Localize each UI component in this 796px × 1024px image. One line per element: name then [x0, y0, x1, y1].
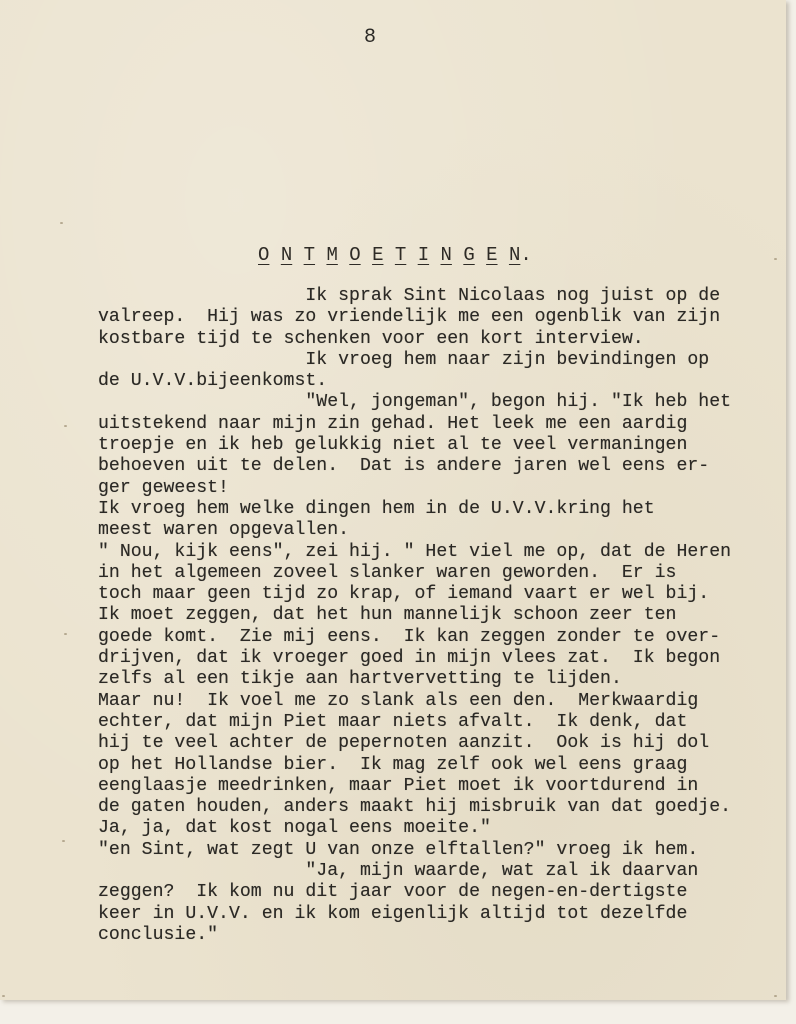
title-letter: I [418, 244, 429, 266]
text-line: in het algemeen zoveel slanker waren gew… [98, 563, 796, 584]
title-letter: N [441, 244, 452, 266]
text-line: Ik vroeg hem naar zijn bevindingen op [98, 350, 796, 371]
title-letter: O [258, 244, 269, 266]
text-line: echter, dat mijn Piet maar niets afvalt.… [98, 712, 796, 733]
text-line: zeggen? Ik kom nu dit jaar voor de negen… [98, 882, 796, 903]
paper-speck [2, 995, 5, 997]
title-letter: G [463, 244, 474, 266]
text-line: ger geweest! [98, 478, 796, 499]
text-line: uitstekend naar mijn zin gehad. Het leek… [98, 414, 796, 435]
text-line: hij te veel achter de pepernoten aanzit.… [98, 733, 796, 754]
text-line: " Nou, kijk eens", zei hij. " Het viel m… [98, 542, 796, 563]
paper-speck [64, 633, 67, 635]
paper-speck [774, 258, 777, 260]
title-letter: M [326, 244, 337, 266]
text-line: de U.V.V.bijeenkomst. [98, 371, 796, 392]
text-line: zelfs al een tikje aan hartvervetting te… [98, 669, 796, 690]
text-line: Maar nu! Ik voel me zo slank als een den… [98, 691, 796, 712]
text-line: "en Sint, wat zegt U van onze elftallen?… [98, 840, 796, 861]
title-letter: T [304, 244, 315, 266]
title-letter: . [520, 244, 531, 266]
text-line: "Ja, mijn waarde, wat zal ik daarvan [98, 861, 796, 882]
title-letter: N [281, 244, 292, 266]
text-line: goede komt. Zie mij eens. Ik kan zeggen … [98, 627, 796, 648]
paper-speck [62, 840, 65, 842]
page-number: 8 [364, 26, 376, 49]
text-line: eenglaasje meedrinken, maar Piet moet ik… [98, 776, 796, 797]
text-line: troepje en ik heb gelukkig niet al te ve… [98, 435, 796, 456]
title-letter: E [486, 244, 497, 266]
text-line: toch maar geen tijd zo krap, of iemand v… [98, 584, 796, 605]
paper-speck [64, 425, 67, 427]
paper-speck [774, 995, 777, 997]
text-line: behoeven uit te delen. Dat is andere jar… [98, 456, 796, 477]
text-line: meest waren opgevallen. [98, 520, 796, 541]
text-line: "Wel, jongeman", begon hij. "Ik heb het [98, 392, 796, 413]
text-line: keer in U.V.V. en ik kom eigenlijk altij… [98, 904, 796, 925]
title-letter: T [395, 244, 406, 266]
article-body: Ik sprak Sint Nicolaas nog juist op deva… [98, 286, 796, 946]
text-line: kostbare tijd te schenken voor een kort … [98, 329, 796, 350]
text-line: de gaten houden, anders maakt hij misbru… [98, 797, 796, 818]
text-line: Ik vroeg hem welke dingen hem in de U.V.… [98, 499, 796, 520]
title-letter: O [349, 244, 360, 266]
text-line: Ik moet zeggen, dat het hun mannelijk sc… [98, 605, 796, 626]
text-line: conclusie." [98, 925, 796, 946]
text-line: op het Hollandse bier. Ik mag zelf ook w… [98, 755, 796, 776]
paper-speck [60, 222, 63, 224]
title-letter: N [509, 244, 520, 266]
typewritten-page: 8 O N T M O E T I N G E N. Ik sprak Sint… [0, 0, 786, 1000]
text-line: Ja, ja, dat kost nogal eens moeite." [98, 818, 796, 839]
text-line: Ik sprak Sint Nicolaas nog juist op de [98, 286, 796, 307]
text-line: drijven, dat ik vroeger goed in mijn vle… [98, 648, 796, 669]
document-title: O N T M O E T I N G E N. [258, 244, 532, 266]
text-line: valreep. Hij was zo vriendelijk me een o… [98, 307, 796, 328]
title-letter: E [372, 244, 383, 266]
